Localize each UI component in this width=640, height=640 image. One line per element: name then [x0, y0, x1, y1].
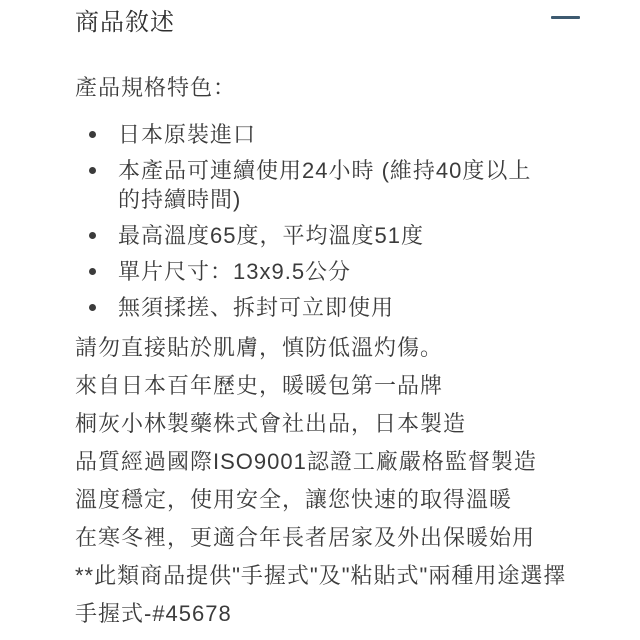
spec-list: 日本原裝進口 本產品可連續使用24小時 (維持40度以上 的持續時間) 最高溫度…: [75, 120, 582, 322]
section-title: 商品敘述: [75, 8, 175, 38]
bullet-icon: [89, 131, 96, 138]
product-description-panel: 商品敘述 產品規格特色： 日本原裝進口 本產品可連續使用24小時 (維持40度以…: [0, 0, 640, 640]
description-paragraphs: 請勿直接貼於肌膚，慎防低溫灼傷。 來自日本百年歷史，暖暖包第一品牌 桐灰小林製藥…: [75, 329, 582, 633]
description-line: 在寒冬裡，更適合年長者居家及外出保暖始用: [75, 519, 582, 557]
list-item-text: 本產品可連續使用24小時 (維持40度以上 的持續時間): [118, 156, 531, 214]
list-item: 單片尺寸：13x9.5公分: [75, 257, 582, 286]
description-line: 來自日本百年歷史，暖暖包第一品牌: [75, 367, 582, 405]
description-line: **此類商品提供"手握式"及"粘貼式"兩種用途選擇: [75, 557, 582, 595]
description-line: 溫度穩定，使用安全，讓您快速的取得溫暖: [75, 481, 582, 519]
product-sku-line: 手握式-#45678: [75, 595, 582, 633]
bullet-icon: [89, 167, 96, 174]
description-line: 品質經過國際ISO9001認證工廠嚴格監督製造: [75, 443, 582, 481]
spec-intro-label: 產品規格特色：: [75, 74, 582, 102]
list-item: 本產品可連續使用24小時 (維持40度以上 的持續時間): [75, 156, 582, 214]
section-header: 商品敘述: [75, 8, 582, 38]
list-item-text: 最高溫度65度，平均溫度51度: [118, 221, 424, 250]
description-line: 桐灰小林製藥株式會社出品，日本製造: [75, 405, 582, 443]
description-line: 請勿直接貼於肌膚，慎防低溫灼傷。: [75, 329, 582, 367]
minus-icon: [551, 16, 580, 19]
bullet-icon: [89, 304, 96, 311]
list-item: 無須揉搓、拆封可立即使用: [75, 293, 582, 322]
list-item: 日本原裝進口: [75, 120, 582, 149]
list-item: 最高溫度65度，平均溫度51度: [75, 221, 582, 250]
list-item-text: 無須揉搓、拆封可立即使用: [118, 293, 394, 322]
bullet-icon: [89, 268, 96, 275]
list-item-text: 單片尺寸：13x9.5公分: [118, 257, 351, 286]
bullet-icon: [89, 232, 96, 239]
collapse-section-button[interactable]: [549, 8, 582, 27]
list-item-text: 日本原裝進口: [118, 120, 256, 149]
